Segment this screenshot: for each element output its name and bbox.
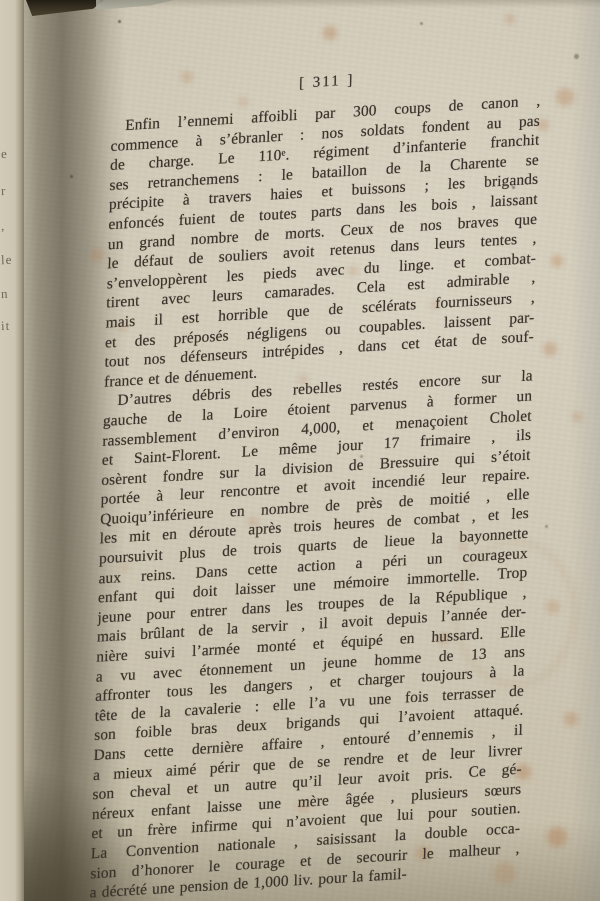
ink-specks [0,0,3,3]
paragraph-1: Enfin l’ennemi affoibli par 300 coups de… [104,91,541,392]
gutter-text-fragment: it [1,318,11,334]
gutter-text-fragment: le [1,252,13,268]
facing-page-edge: e r , le n it [0,0,24,901]
page-text: [ 311 ] Enfin l’ennemi affoibli par 300 … [90,59,542,901]
gutter-text-fragment: n [1,286,9,302]
page-top-edge-shadow [100,0,600,8]
gutter-text-fragment: e [1,146,8,162]
gutter-text-fragment: r [1,183,7,199]
book-page-photo: e r , le n it [ 311 ] Enfin l’ennemi aff… [0,0,600,901]
gutter-text-fragment: , [1,218,6,234]
paragraph-2: D’autres débris des rebelles restés enco… [90,367,534,901]
